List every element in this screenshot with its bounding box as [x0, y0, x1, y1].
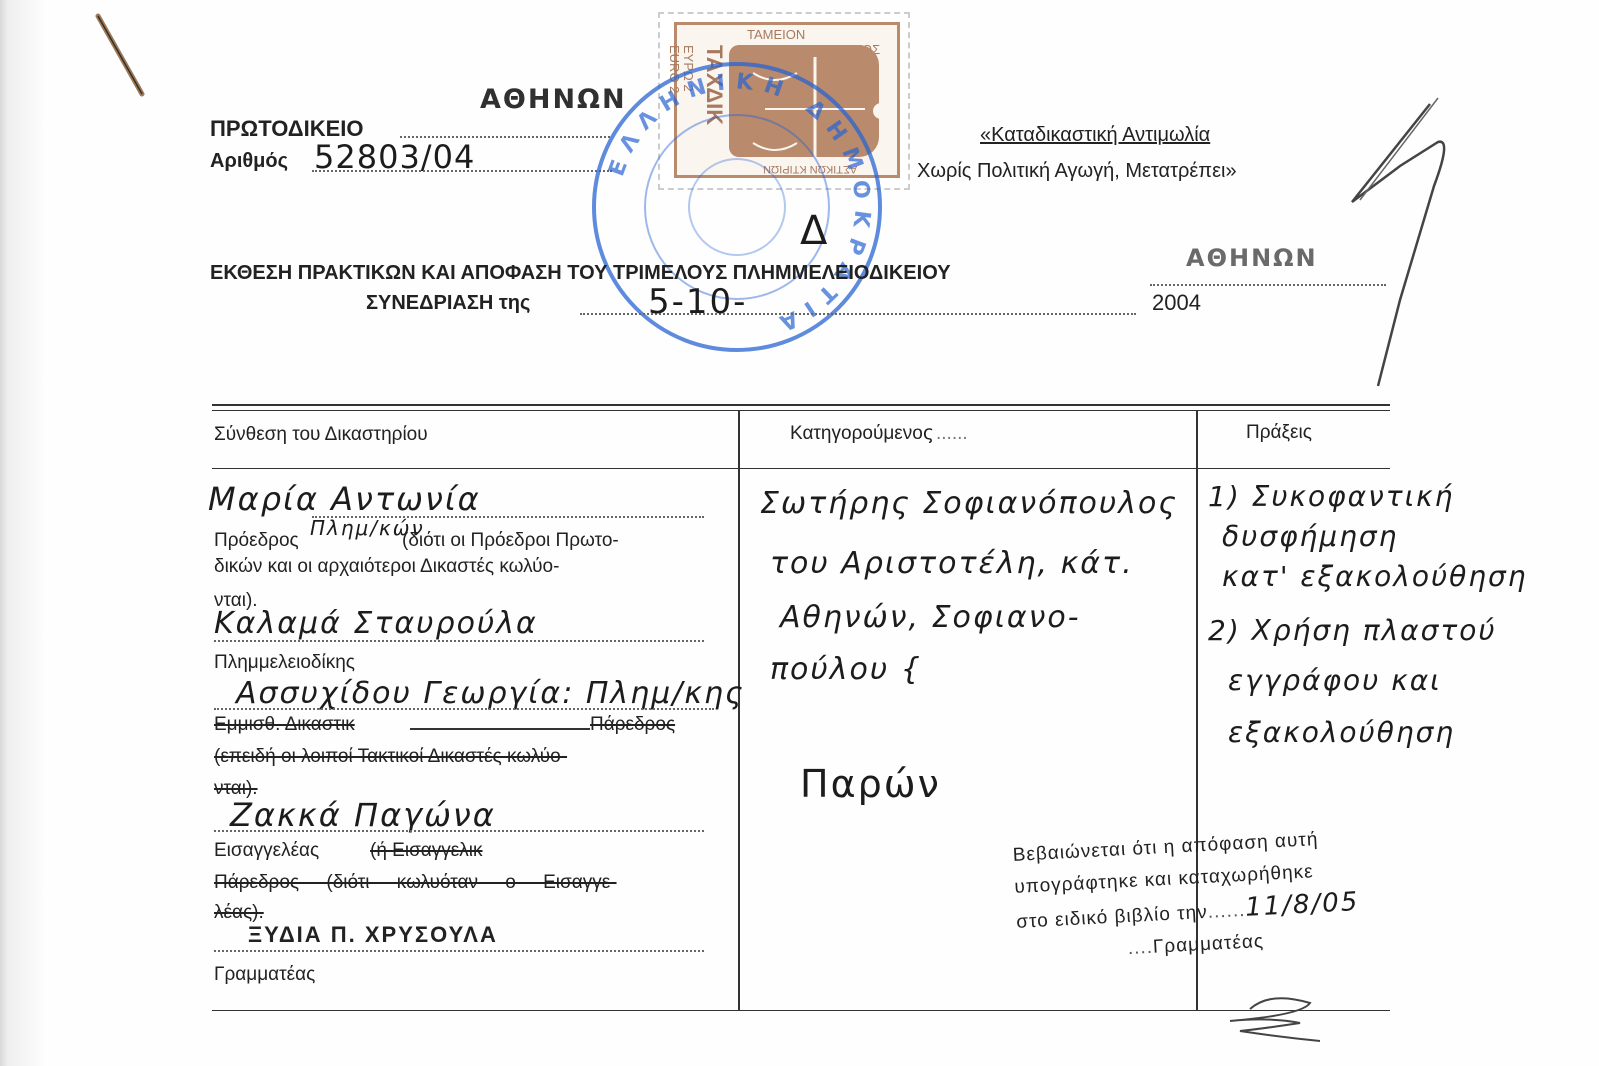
struck-connector [410, 728, 590, 730]
prosecutor-name: Ζακκά Παγώνα [230, 796, 496, 834]
column-header-defendant-suffix: ς [923, 422, 936, 444]
secretary-dotted-line [214, 950, 704, 952]
column-header-composition: Σύνθεση του Δικαστηρίου [214, 424, 428, 446]
president-name: Μαρία Αντωνία [208, 480, 481, 518]
defendant-line4: πούλου { [770, 652, 922, 687]
offense-line6: εξακολούθηση [1228, 716, 1455, 749]
second-judge-dotted-line [214, 708, 714, 710]
offense-line3: κατ' εξακολούθηση [1222, 560, 1528, 593]
judge-dotted-line [214, 640, 704, 642]
judge-name: Καλαμά Σταυρούλα [214, 606, 538, 641]
defendant-line1: Σωτήρης Σοφιανόπουλος [760, 486, 1178, 521]
margin-mark: Δ [800, 208, 829, 254]
prosecutor-struck-line3: λέας). [214, 902, 264, 924]
defendant-status: Παρών [800, 762, 941, 806]
secretary-name: ΞΥΔΙΑ Π. ΧΡΥΣΟΥΛΑ [248, 922, 498, 948]
second-judge-name: Ασσυχίδου Γεωργία: Πλημ/κης [236, 676, 745, 711]
report-title: ΕΚΘΕΣΗ ΠΡΑΚΤΙΚΩΝ ΚΑΙ ΑΠΟΦΑΣΗ ΤΟΥ ΤΡΙΜΕΛΟ… [210, 262, 951, 285]
table-top-rule [212, 404, 1390, 406]
scan-edge-shadow [0, 0, 44, 1066]
prosecutor-label: Εισαγγελέας [214, 840, 319, 862]
defendant-line2: του Αριστοτέλη, κάτ. [770, 546, 1134, 581]
defendant-line3: Αθηνών, Σοφιανο- [780, 600, 1081, 635]
struck-label-line2: (επειδή οι λοιποί Τακτικοί Δικαστές κωλύ… [214, 746, 567, 768]
session-label: ΣΥΝΕΔΡΙΑΣΗ της [366, 292, 530, 315]
prosecutor-dotted-line [214, 830, 704, 832]
offense-line5: εγγράφου και [1228, 664, 1442, 697]
report-city-stamp: ΑΘΗΝΩΝ [1186, 244, 1318, 272]
secretary-label: Γραμματέας [214, 964, 315, 986]
decision-note-line1: «Καταδικαστική Αντιμωλία [980, 124, 1210, 147]
offense-line2: δυσφήμηση [1222, 520, 1398, 553]
report-dotted-line [1150, 284, 1386, 286]
number-dotted-line [312, 170, 612, 172]
certification-stamp: Βεβαιώνεται ότι η απόφαση αυτή υπογράφτη… [1012, 822, 1362, 971]
certification-signer-label: Γραμματέας [1152, 931, 1264, 958]
column-header-offenses: Πράξεις [1246, 422, 1312, 444]
session-date: 5-10- [648, 282, 747, 322]
column-header-defendant-text: Κατηγορούμενο [790, 423, 923, 444]
secretary-signature-icon [1210, 985, 1330, 1045]
president-note-line2: δικών και οι αρχαιότεροι Δικαστές κωλύο- [214, 556, 559, 578]
president-note-line1: (διότι οι Πρόεδροι Πρωτο- [402, 530, 619, 552]
number-label: Αριθμός [210, 150, 288, 173]
president-label: Πρόεδρος [214, 530, 299, 552]
certification-line3-text: στο ειδικό βιβλίο την [1016, 902, 1208, 933]
prosecutor-struck-line1: (ή Εισαγγελικ [370, 840, 482, 862]
session-year: 2004 [1152, 290, 1201, 316]
struck-label-line1a: Εμμισθ. Δικαστικ [214, 714, 355, 736]
certification-date: 11/8/05 [1244, 887, 1360, 923]
signature-scribble-icon [1340, 90, 1490, 390]
table-top-rule-thin [212, 410, 1390, 411]
offense-line1: 1) Συκοφαντική [1208, 480, 1454, 513]
offense-line4: 2) Χρήση πλαστού [1208, 614, 1497, 647]
struck-label-line1b: Πάρεδρος [590, 714, 675, 736]
decision-note-line2: Χωρίς Πολιτική Αγωγή, Μετατρέπει» [917, 160, 1237, 183]
staple-mark-icon [92, 10, 152, 100]
table-header-rule [212, 468, 1390, 469]
prosecutor-struck-line2: Πάρεδρος (διότι κωλυόταν ο Εισαγγε- [214, 872, 617, 894]
judge-label: Πλημμελειοδίκης [214, 652, 355, 674]
column-header-defendant: Κατηγορούμενος...... [790, 422, 968, 445]
